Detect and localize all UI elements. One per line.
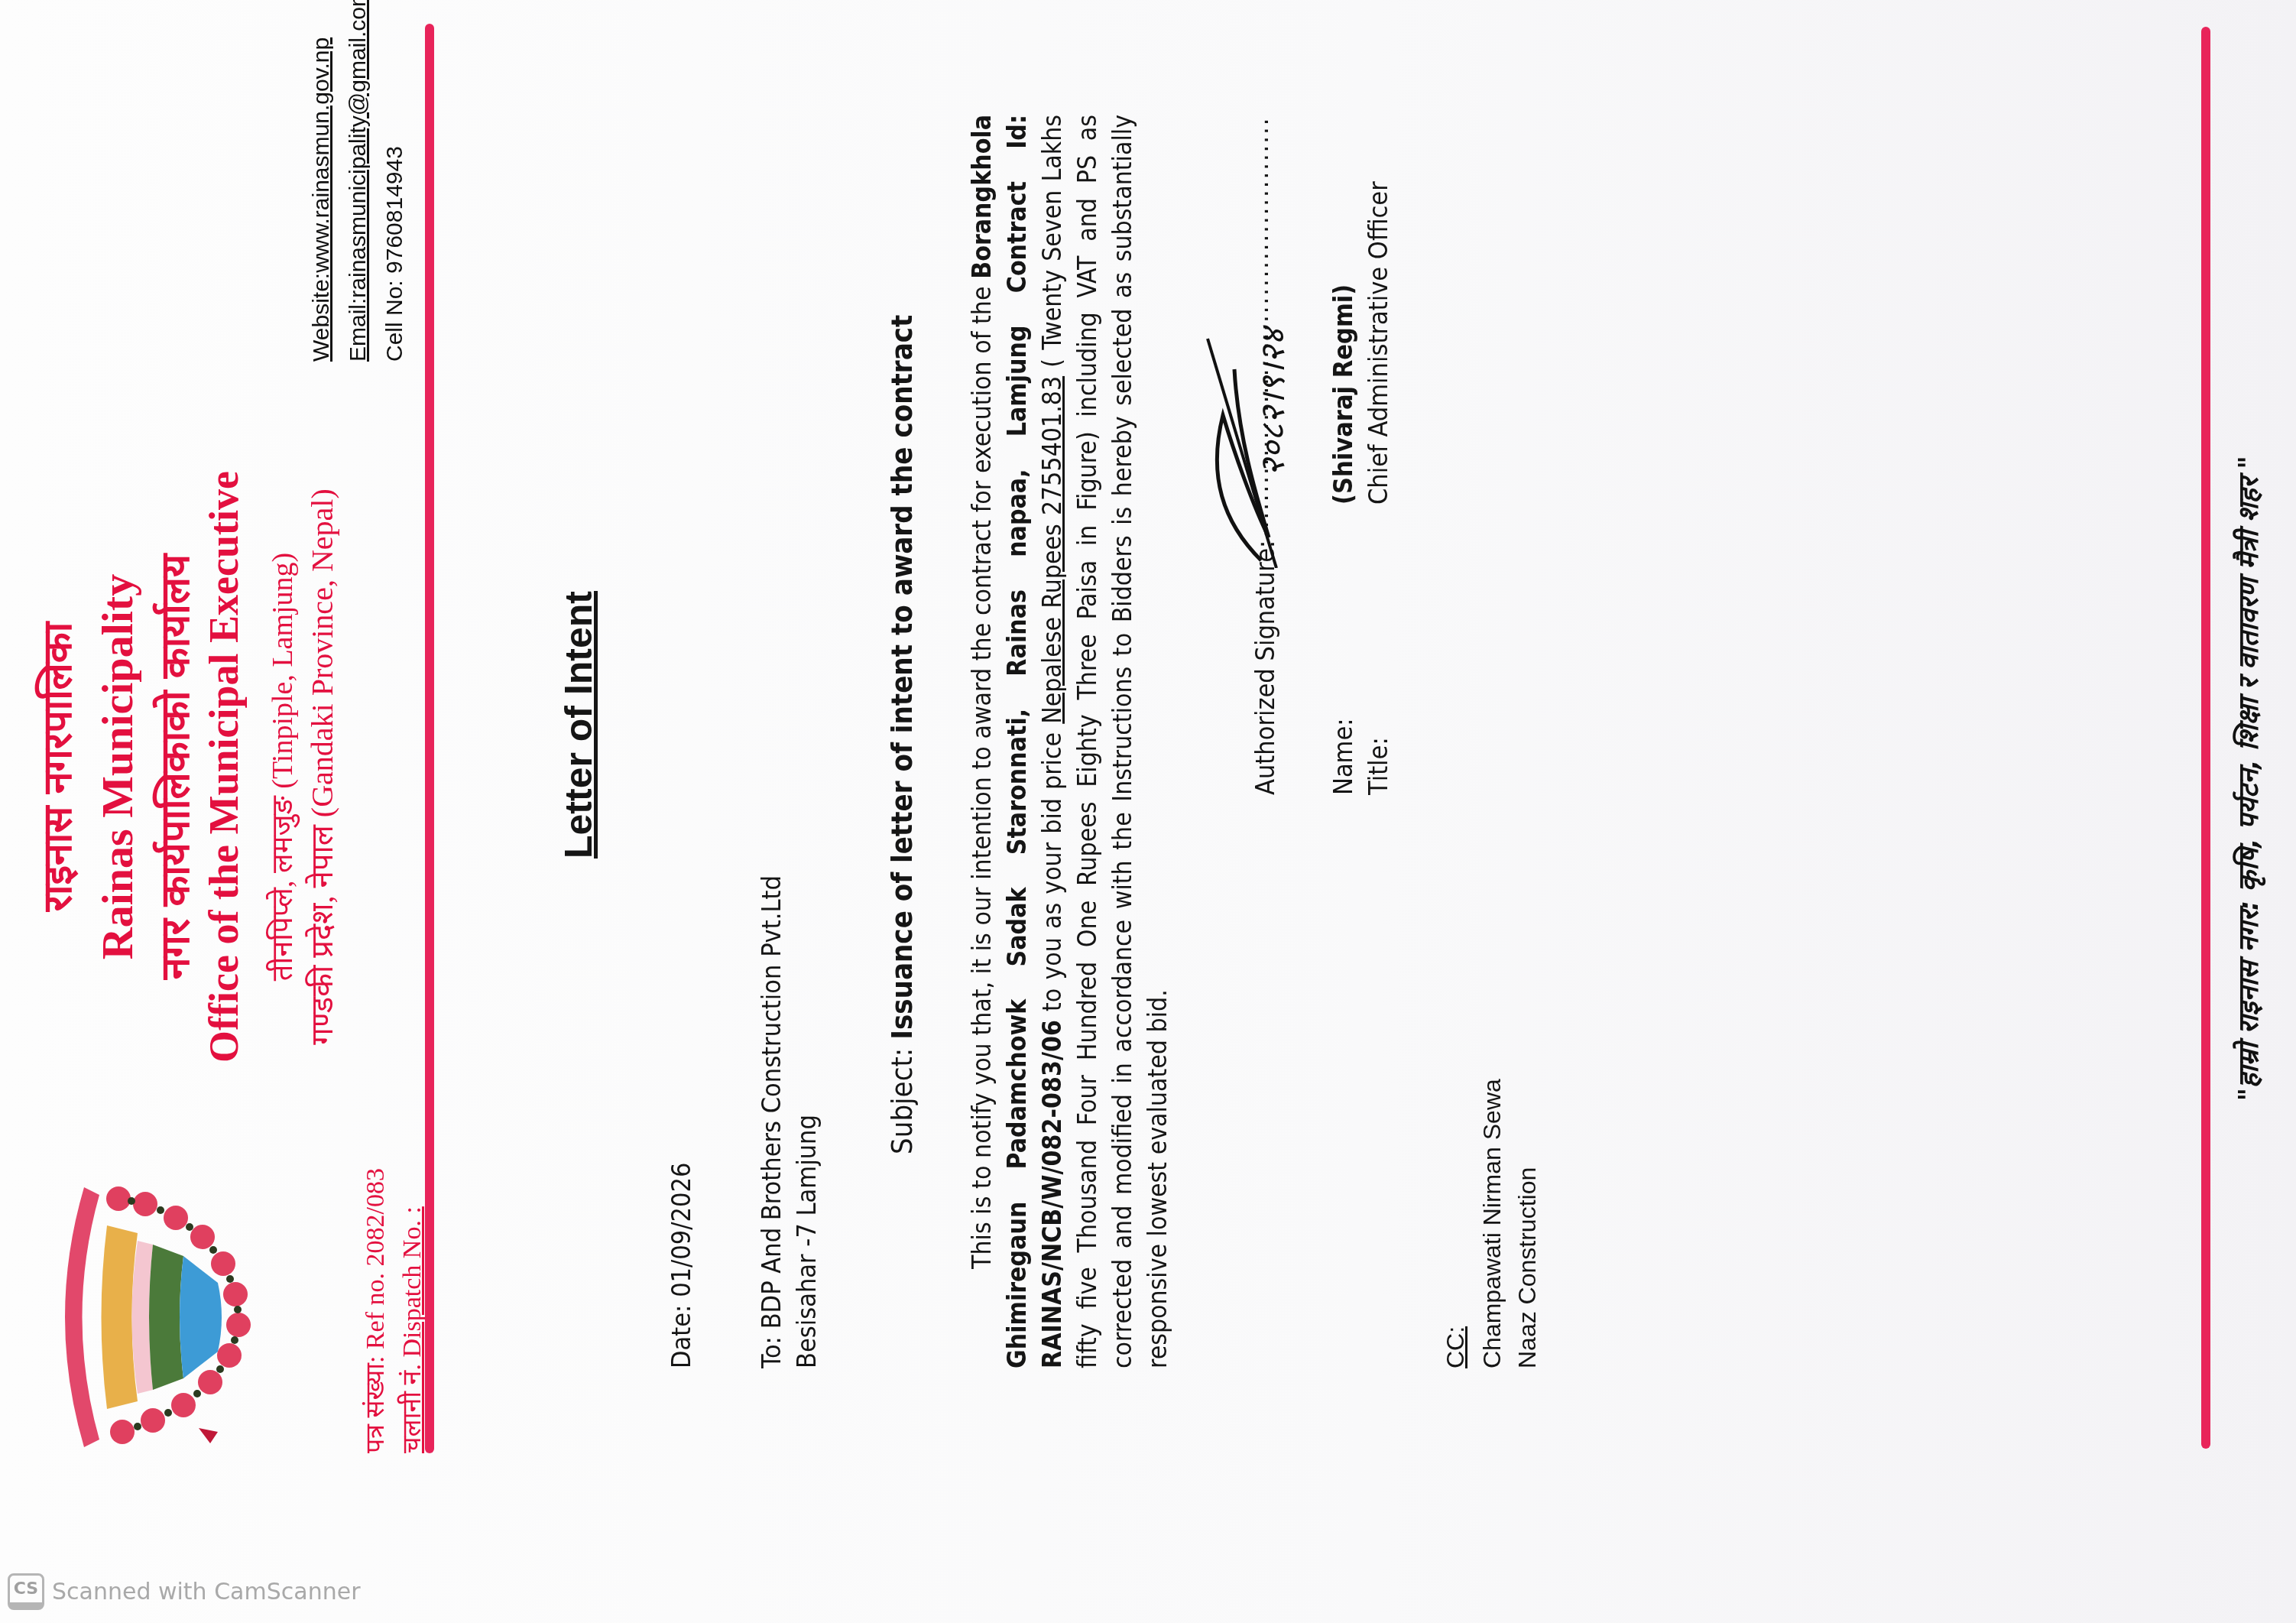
recipient-address: Besisahar -7 Lamjung [792, 1115, 822, 1368]
dispatch-number: चलानी नं. Dispatch No. : [393, 1206, 428, 1453]
letter-body-paragraph: This is to notify you that, it is our in… [965, 115, 1176, 1368]
cc-recipient: Naaz Construction [1513, 1167, 1542, 1368]
bid-price: Nepalese Rupees 2755401.83 [1037, 376, 1067, 724]
letter-subject: Subject: Issuance of letter of intent to… [885, 315, 919, 1154]
address-line-1: तीनपिप्ले, लमजुङ (Tinpiple, Lamjung) [261, 385, 301, 1149]
watermark-text: Scanned with CamScanner [52, 1579, 360, 1605]
municipality-name-nepali: राइनास नगरपालिका [29, 385, 83, 1149]
letter-title: Letter of Intent [556, 591, 601, 859]
cc-recipient: Champawati Nirman Sewa [1478, 1079, 1506, 1368]
letter-date: Date: 01/09/2026 [666, 1163, 697, 1368]
office-name-nepali: नगर कार्यपालिकाको कार्यालय [147, 385, 201, 1149]
camscanner-watermark: CS Scanned with CamScanner [8, 1573, 360, 1610]
signature-label: Authorized Signature: [1250, 540, 1281, 795]
header-divider [425, 24, 434, 1453]
subject-text: Issuance of letter of intent to award th… [885, 315, 919, 1040]
camscanner-logo-icon: CS [8, 1573, 44, 1610]
cell-number: Cell No: 9760814943 [382, 146, 408, 362]
handwritten-signature-icon: २०८२।९।२४ [1192, 232, 1299, 568]
website-link[interactable]: Website:www.rainasmun.gov.np [309, 37, 335, 362]
signatory-name: (Shivaraj Regmi) [1328, 284, 1359, 505]
cc-label: CC: [1441, 1326, 1470, 1368]
footer-slogan: "हाम्रो राइनास नगर: कृषि, पर्यटन, शिक्षा… [2229, 456, 2266, 1101]
footer-divider [2201, 27, 2210, 1449]
reference-number: पत्र संख्या: Ref no. 2082/083 [356, 1168, 391, 1453]
subject-label: Subject: [885, 1040, 919, 1154]
email-link[interactable]: Email:rainasmunicipality@gmail.com [345, 0, 371, 362]
address-line-2: गण्डकी प्रदेश, नेपाल (Gandaki Province, … [300, 385, 342, 1149]
letter-document: राइनास नगरपालिका Rainas Municipality नगर… [0, 0, 2296, 1623]
municipality-name-english: Rainas Municipality [92, 385, 143, 1149]
signatory-title: Chief Administrative Officer [1364, 181, 1394, 505]
office-name-english: Office of the Municipal Executive [200, 385, 248, 1149]
title-label: Title: [1364, 737, 1394, 795]
recipient-name: To: BDP And Brothers Construction Pvt.Lt… [757, 875, 787, 1368]
name-label: Name: [1328, 718, 1359, 795]
body-intro: This is to notify you that, it is our in… [967, 279, 997, 1269]
signature-date: २०८२।९।२४ [1253, 325, 1292, 476]
body-mid: to you as your bid price [1037, 724, 1067, 1020]
municipality-emblem-icon [54, 1172, 275, 1462]
scanned-page: राइनास नगरपालिका Rainas Municipality नगर… [0, 0, 2296, 1623]
